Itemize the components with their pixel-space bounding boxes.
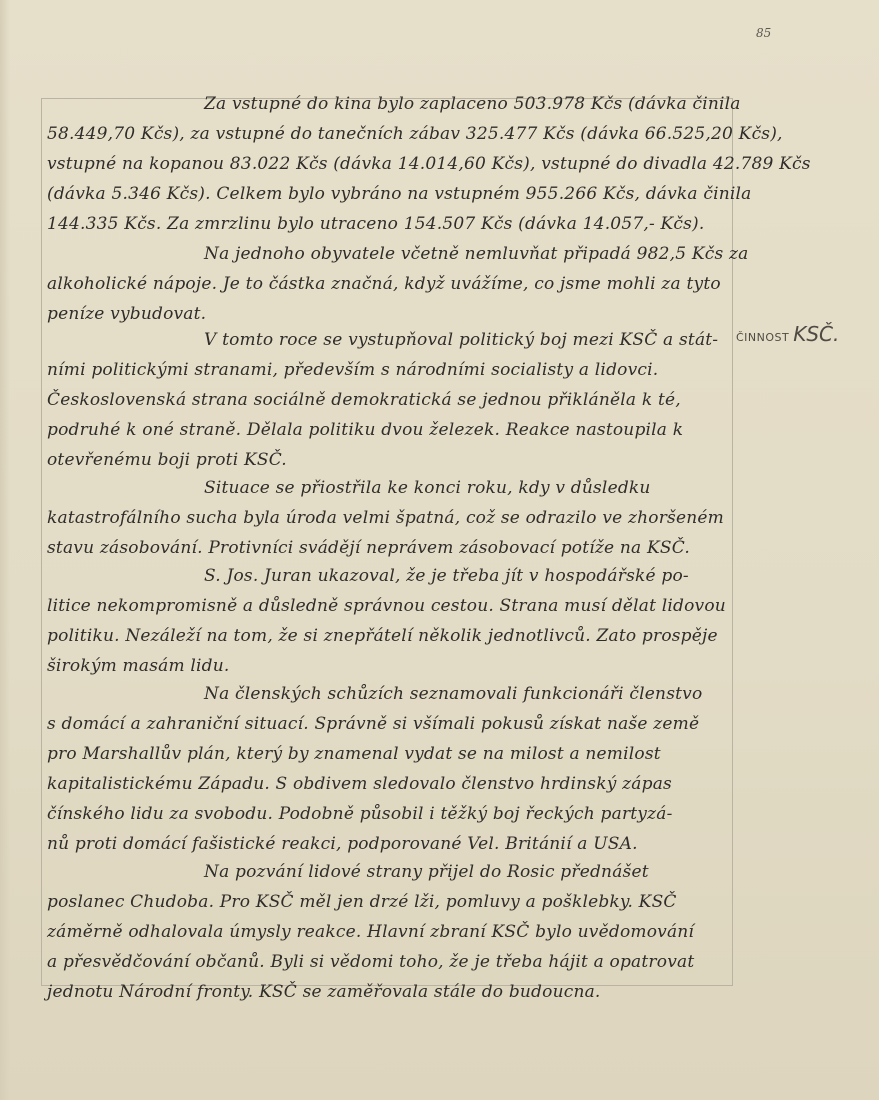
text-line: Za vstupné do kina bylo zaplaceno 503.97…	[204, 94, 741, 114]
text-line: Československá strana sociálně demokrati…	[47, 390, 681, 410]
text-line: peníze vybudovat.	[47, 304, 206, 324]
text-line: katastrofálního sucha byla úroda velmi š…	[47, 508, 724, 528]
text-line: stavu zásobování. Protivníci svádějí nep…	[47, 538, 690, 558]
text-line: (dávka 5.346 Kčs). Celkem bylo vybráno n…	[47, 184, 752, 204]
text-line: záměrně odhalovala úmysly reakce. Hlavní…	[47, 922, 694, 942]
text-line: podruhé k oné straně. Dělala politiku dv…	[47, 420, 683, 440]
margin-heading-large: KSČ.	[793, 322, 839, 346]
text-line: Na pozvání lidové strany přijel do Rosic…	[204, 862, 649, 882]
text-line: kapitalistickému Západu. S obdivem sledo…	[47, 774, 672, 794]
margin-heading-smallcaps: ČINNOST	[736, 331, 789, 344]
text-line: litice nekompromisně a důsledně správnou…	[47, 596, 726, 616]
text-line: V tomto roce se vystupňoval politický bo…	[204, 330, 718, 350]
margin-heading: ČINNOSTKSČ.	[736, 322, 839, 346]
text-line: politiku. Nezáleží na tom, že si znepřát…	[47, 626, 718, 646]
text-line: čínského lidu za svobodu. Podobně působi…	[47, 804, 673, 824]
text-line: a přesvědčování občanů. Byli si vědomi t…	[47, 952, 694, 972]
text-line: širokým masám lidu.	[47, 656, 230, 676]
page-edge-shadow	[0, 0, 10, 1100]
text-line: Na členských schůzích seznamovali funkci…	[204, 684, 702, 704]
text-line: vstupné na kopanou 83.022 Kčs (dávka 14.…	[47, 154, 811, 174]
text-line: poslanec Chudoba. Pro KSČ měl jen drzé l…	[47, 892, 677, 912]
text-line: pro Marshallův plán, který by znamenal v…	[47, 744, 661, 764]
text-line: otevřenému boji proti KSČ.	[47, 450, 287, 470]
text-line: s domácí a zahraniční situací. Správně s…	[47, 714, 699, 734]
text-line: S. Jos. Juran ukazoval, že je třeba jít …	[204, 566, 689, 586]
page-number: 85	[756, 26, 771, 40]
document-page: 85 Za vstupné do kina bylo zaplaceno 503…	[0, 0, 879, 1100]
text-line: nů proti domácí fašistické reakci, podpo…	[47, 834, 638, 854]
text-line: 144.335 Kčs. Za zmrzlinu bylo utraceno 1…	[47, 214, 704, 234]
text-line: jednotu Národní fronty. KSČ se zaměřoval…	[47, 982, 601, 1002]
text-line: alkoholické nápoje. Je to částka značná,…	[47, 274, 721, 294]
text-line: Situace se přiostřila ke konci roku, kdy…	[204, 478, 651, 498]
text-line: 58.449,70 Kčs), za vstupné do tanečních …	[47, 124, 783, 144]
text-line: ními politickými stranami, především s n…	[47, 360, 658, 380]
text-line: Na jednoho obyvatele včetně nemluvňat př…	[204, 244, 749, 264]
